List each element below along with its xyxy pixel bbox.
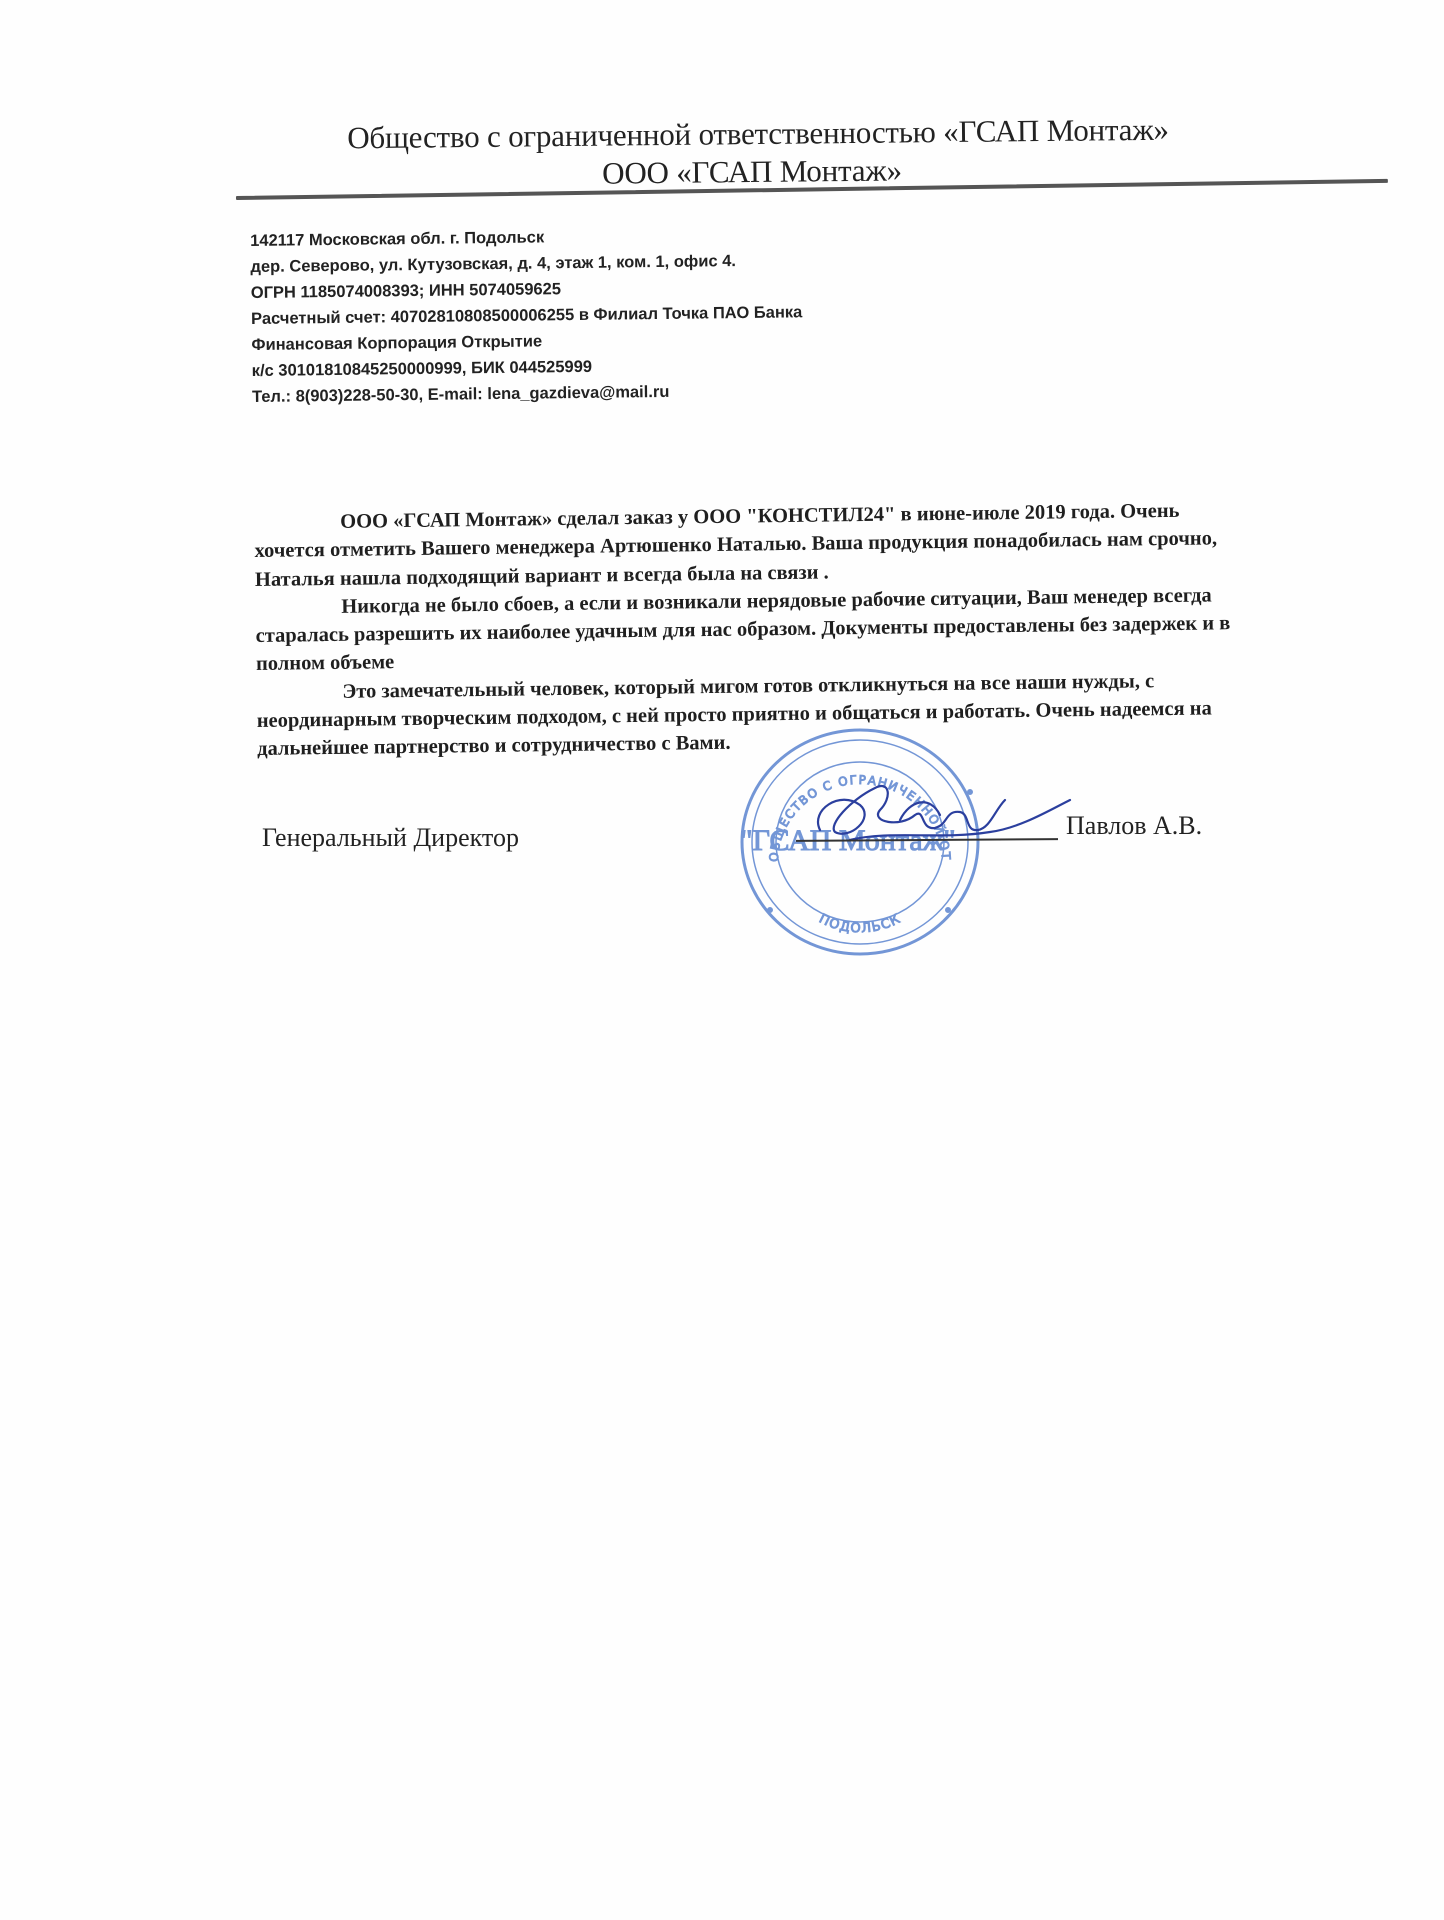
handwritten-signature [780, 770, 1080, 860]
requisites-line: Тел.: 8(903)228-50-30, E-mail: lena_gazd… [252, 377, 804, 410]
signer-name: Павлов А.В. [1066, 811, 1202, 841]
company-requisites: 142117 Московская обл. г. Подольск дер. … [250, 221, 803, 410]
signer-position: Генеральный Директор [262, 823, 519, 853]
svg-text:ПОДОЛЬСК: ПОДОЛЬСК [817, 912, 904, 937]
stamp-city-text: ПОДОЛЬСК [817, 912, 904, 937]
letter-page: Общество с ограниченной ответственностью… [0, 0, 1444, 1920]
